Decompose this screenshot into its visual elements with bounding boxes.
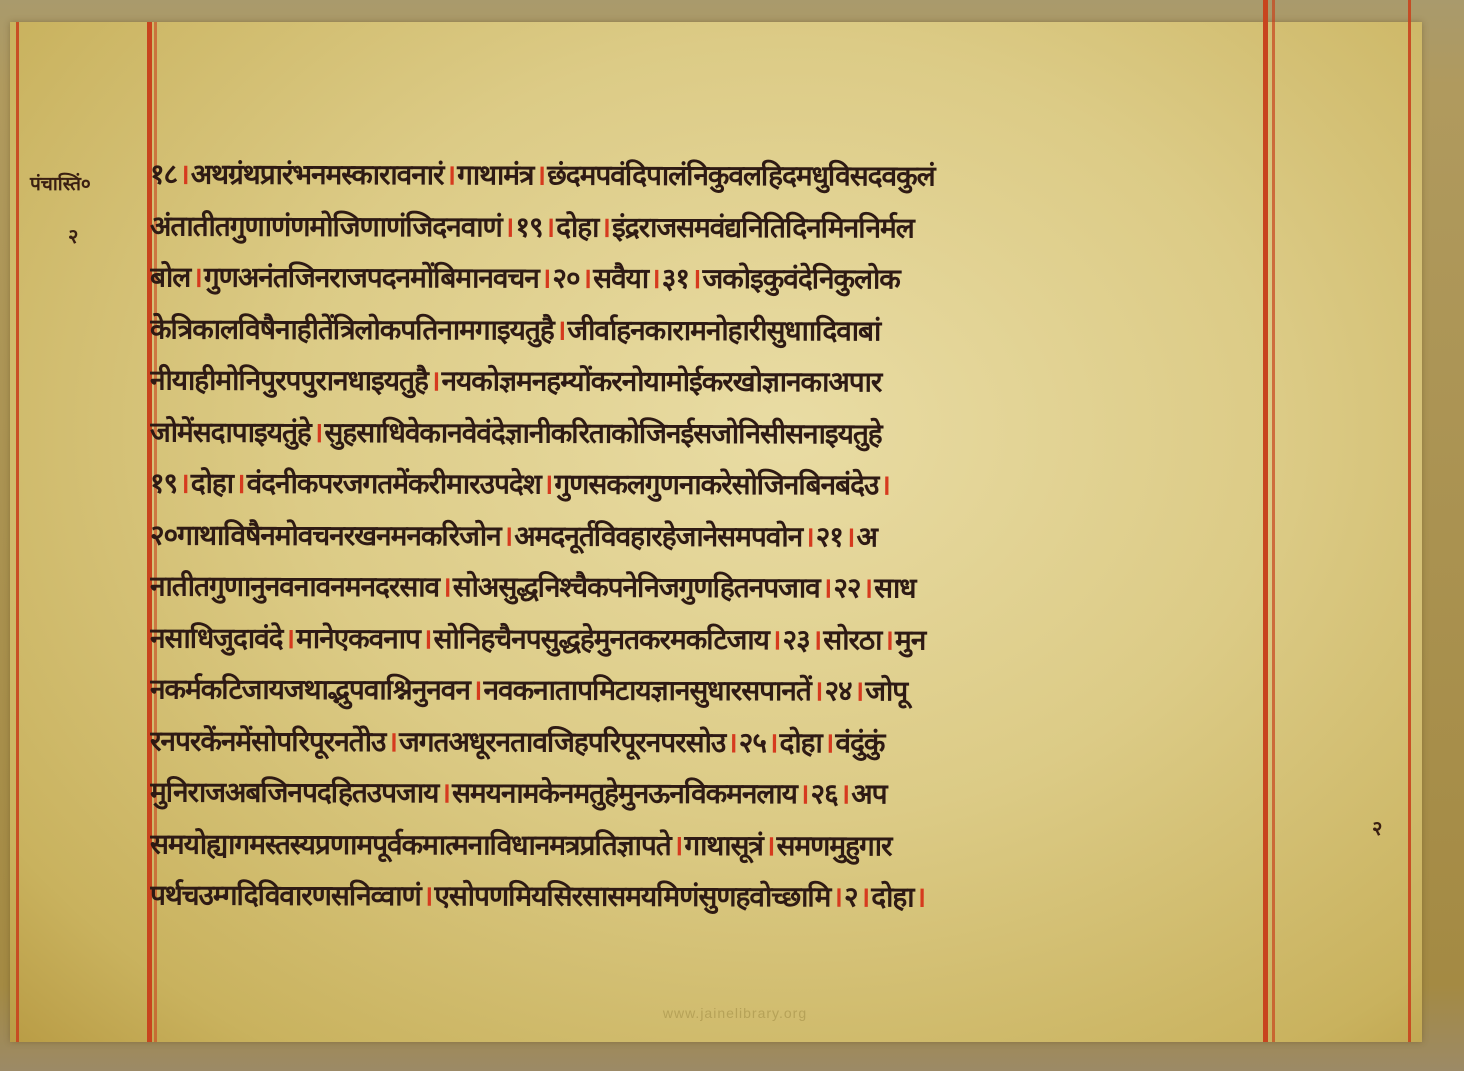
danda-mark: । [438, 776, 452, 809]
right-outer-rule [1408, 0, 1411, 1042]
danda-mark: । [439, 570, 453, 603]
danda-mark: । [878, 468, 892, 501]
danda-mark: । [282, 621, 296, 654]
danda-mark: । [443, 158, 457, 191]
danda-mark: । [428, 364, 442, 397]
danda-mark: । [233, 467, 247, 500]
danda-mark: । [860, 571, 874, 604]
left-margin-title: पंचास्तिं० [30, 170, 91, 196]
danda-mark: । [881, 623, 895, 656]
danda-mark: । [598, 210, 612, 243]
danda-mark: । [501, 519, 515, 552]
danda-mark: । [913, 880, 927, 913]
left-margin-folio-number: २ [68, 222, 78, 249]
danda-mark: । [311, 415, 325, 448]
danda-mark: । [541, 468, 555, 501]
left-outer-rule [16, 22, 19, 1042]
text-line: केत्रिकालविषैनाहीतेंत्रिलोकपतिनामगाइयतुह… [150, 305, 1300, 360]
danda-mark: । [689, 262, 703, 295]
danda-mark: । [838, 777, 852, 810]
text-line: नीयाहीमोनिपुरपपुरानधाइयतुहै।नयकोज्ञमनहम्… [150, 356, 1300, 411]
danda-mark: । [420, 622, 434, 655]
text-line: २०गाथाविषैनमोवचनरखनमनकरिजोन।अमदनूर्तविवह… [150, 511, 1300, 566]
text-line: अंतातीतगुणाणंणमोजिणाणंजिदनवाणं।१९।दोहा।इ… [150, 202, 1300, 257]
text-line: जोमेंसदापाइयतुंहे।सुहसाधिवेकानवेवंदेज्ञा… [150, 408, 1300, 463]
danda-mark: । [190, 261, 204, 294]
right-margin-folio-number: २ [1372, 814, 1382, 841]
watermark: www.jainelibrary.org [590, 1005, 880, 1021]
danda-mark: । [385, 725, 399, 758]
text-line: पर्थचउम्गदिविवारणसनिव्वाणं।एसोपणमियसिरसा… [150, 871, 1300, 926]
danda-mark: । [539, 262, 553, 295]
danda-mark: । [177, 158, 191, 191]
danda-mark: । [802, 520, 816, 553]
danda-mark: । [543, 210, 557, 243]
text-line: रनपरकेंनमेंसोपरिपूरनतेोउ।जगतअधूरनतावजिहप… [150, 717, 1300, 772]
danda-mark: । [648, 262, 662, 295]
danda-mark: । [797, 777, 811, 810]
danda-mark: । [671, 828, 685, 861]
text-line: नातीतगुणानुनवनावनमनदरसाव।सोअसुद्धनिश्चैक… [150, 562, 1300, 617]
manuscript-text: १८।अथग्रंथप्रारंभनमस्कारावनारं।गाथामंत्र… [150, 152, 1300, 925]
text-line: १९।दोहा।वंदनीकपरजगतमेंकरीमारउपदेश।गुणसकल… [150, 459, 1300, 514]
danda-mark: । [533, 158, 547, 191]
danda-mark: । [852, 674, 866, 707]
text-line: समयोह्यागमस्तस्यप्रणामपूर्वकमात्मनाविधान… [150, 820, 1300, 875]
danda-mark: । [810, 623, 824, 656]
danda-mark: । [554, 313, 568, 346]
danda-mark: । [769, 623, 783, 656]
danda-mark: । [421, 879, 435, 912]
danda-mark: । [822, 726, 836, 759]
danda-mark: । [725, 726, 739, 759]
text-line: बोल।गुणअनंतजिनराजपदनमोंबिमानवचन।२०।सवैया… [150, 253, 1300, 308]
danda-mark: । [843, 520, 857, 553]
text-line: १८।अथग्रंथप्रारंभनमस्कारावनारं।गाथामंत्र… [150, 150, 1300, 205]
text-line: नसाधिजुदावंदे।मानेएकवनाप।सोनिहचैनपसुद्धह… [150, 614, 1300, 669]
danda-mark: । [766, 726, 780, 759]
danda-mark: । [763, 829, 777, 862]
danda-mark: । [811, 674, 825, 707]
danda-mark: । [858, 880, 872, 913]
danda-mark: । [830, 880, 844, 913]
danda-mark: । [502, 210, 516, 243]
danda-mark: । [470, 673, 484, 706]
danda-mark: । [579, 262, 593, 295]
text-line: नकर्मकटिजायजथाद्भुपवाश्निनुनवन।नवकनातापम… [150, 665, 1300, 720]
text-line: मुनिराजअबजिनपदहितउपजाय।समयनामकेनमतुहेमुन… [150, 768, 1300, 823]
danda-mark: । [177, 467, 191, 500]
danda-mark: । [820, 571, 834, 604]
